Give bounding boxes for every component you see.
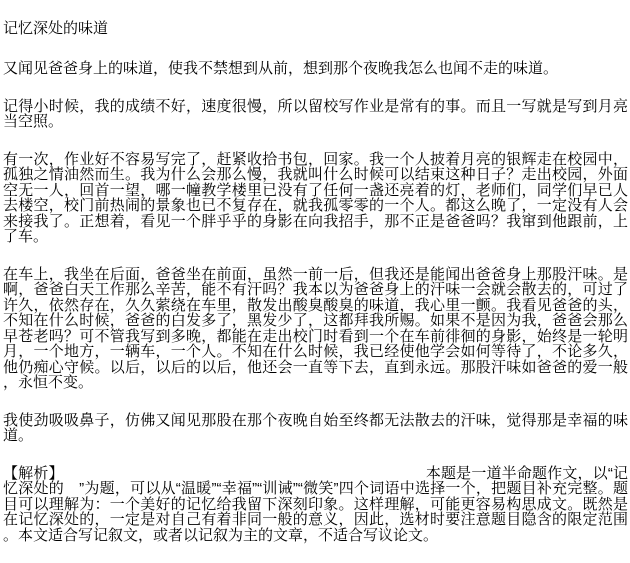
essay-paragraph-2: 记得小时候，我的成绩不好，速度很慢，所以留校写作业是常有的事。而且一写就是写到月… xyxy=(3,99,628,130)
essay-paragraph-4: 在车上，我坐在后面，爸爸坐在前面，虽然一前一后，但我还是能闻出爸爸身上那股汗味。… xyxy=(3,267,628,391)
analysis-gap-spacer xyxy=(64,477,426,478)
essay-title: 记忆深处的味道 xyxy=(3,21,628,37)
analysis-paragraph: 【解析】本题是一道半命题作文，以“记忆深处的 ”为题，可以从“温暖”“幸福”“训… xyxy=(3,466,628,544)
essay-paragraph-1: 又闻见爸爸身上的味道，使我不禁想到从前，想到那个夜晚我怎么也闻不走的味道。 xyxy=(3,61,628,77)
analysis-label: 【解析】 xyxy=(3,465,64,482)
document-page: 记忆深处的味道 又闻见爸爸身上的味道，使我不禁想到从前，想到那个夜晚我怎么也闻不… xyxy=(0,0,630,543)
essay-paragraph-3: 有一次，作业好不容易写完了，赶紧收拾书包，回家。我一个人披着月亮的银辉走在校园中… xyxy=(3,152,628,245)
essay-paragraph-5: 我使劲吸吸鼻子，仿佛又闻见那股在那个夜晚自始至终都无法散去的汗味，觉得那是幸福的… xyxy=(3,413,628,444)
